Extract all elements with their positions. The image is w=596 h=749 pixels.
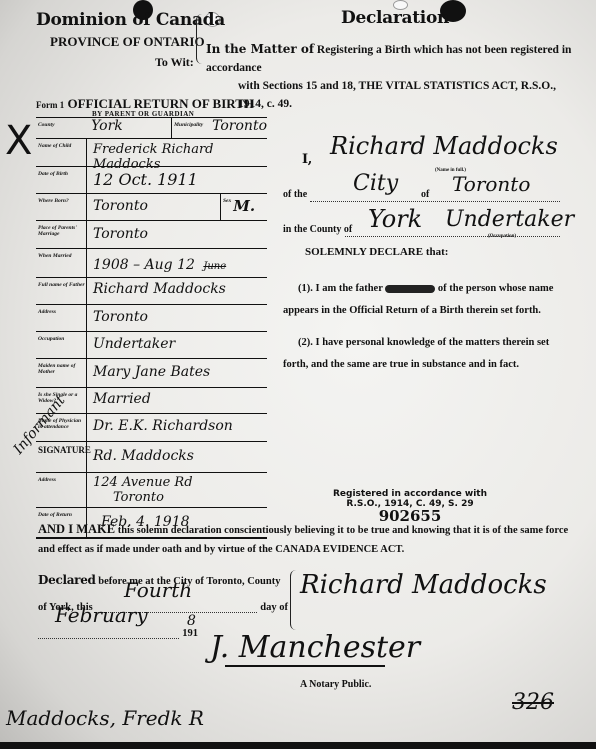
para1-b: of the person whose name [438, 283, 554, 294]
label-father-name: Full name of Father [36, 278, 86, 304]
declarant-name: Richard Maddocks [330, 132, 558, 160]
row-informant-address: Address 124 Avenue Rd Toronto [36, 472, 267, 507]
matter-line-3: 1914, c. 49. [206, 95, 591, 113]
when-married-text: 1908 – Aug 12 [93, 257, 195, 273]
year-digit: 8 [187, 613, 196, 629]
row-physician: Name of Physician in attendance Dr. E.K.… [36, 413, 267, 441]
value-date-of-birth: 12 Oct. 1911 [86, 167, 267, 193]
notary-signature: J. Manchester [210, 630, 420, 665]
label-date-of-birth: Date of Birth [36, 167, 86, 193]
make-line-2: and effect as if made under oath and by … [38, 540, 588, 559]
label-child-name: Name of Child [36, 139, 86, 166]
paragraph-1: (1). I am the father of the person whose… [283, 278, 583, 322]
declaration-title: Declaration [341, 8, 449, 28]
para1-a: (1). I am the father [298, 283, 383, 294]
dotted-line [310, 201, 560, 202]
informant-address-line-2: Toronto [93, 490, 267, 505]
value-where-born: Toronto [86, 194, 220, 220]
page-edge [0, 742, 596, 749]
of-the-label: of the [283, 189, 307, 200]
signature-flourish [225, 665, 385, 667]
check-mark-icon: X [5, 118, 32, 164]
dotted-line [345, 236, 560, 237]
solemnly-declare: SOLEMNLY DECLARE that: [305, 246, 448, 258]
para2-a: (2). I have personal knowledge of the ma… [283, 332, 583, 354]
value-when-married: 1908 – Aug 12 June [86, 249, 267, 277]
solemn-declaration-text: AND I MAKE this solemn declaration consc… [38, 520, 588, 559]
index-name: Maddocks, Fredk R [6, 706, 204, 730]
county-value: York [368, 205, 422, 233]
index-number: 326 [512, 690, 554, 715]
row-when-married: When Married 1908 – Aug 12 June [36, 248, 267, 277]
brace [290, 570, 299, 630]
row-address: Address Toronto [36, 304, 267, 331]
struck-text: June [203, 261, 226, 272]
value-county: York [85, 118, 171, 138]
matter-lead: In the Matter of [206, 42, 314, 56]
value-marital-status: Married [86, 388, 267, 413]
notary-title: A Notary Public. [300, 679, 371, 690]
brace [196, 14, 205, 64]
make-line-1: this solemn declaration conscientiously … [118, 525, 568, 536]
day-value: Fourth [124, 578, 192, 602]
value-address: Toronto [86, 305, 267, 331]
paragraph-2: (2). I have personal knowledge of the ma… [283, 332, 583, 376]
row-signature: SIGNATURE Rd. Maddocks [36, 441, 267, 472]
stamp-line-1: Registered in accordance with [320, 489, 500, 499]
label-municipality: Municipality [172, 118, 212, 138]
value-father-name: Richard Maddocks [86, 278, 267, 304]
row-date-of-birth: Date of Birth 12 Oct. 1911 [36, 166, 267, 193]
form-title-text: OFFICIAL RETURN OF BIRTH [68, 96, 255, 111]
label-informant-address: Address [36, 473, 86, 507]
row-marriage-place: Place of Parents' Marriage Toronto [36, 220, 267, 248]
value-mother-maiden: Mary Jane Bates [86, 359, 267, 387]
value-informant-address: 124 Avenue Rd Toronto [86, 473, 267, 507]
row-mother-maiden: Maiden name of Mother Mary Jane Bates [36, 358, 267, 387]
value-signature: Rd. Maddocks [86, 442, 267, 472]
county-label: in the County of [283, 224, 352, 235]
of-label: of [421, 189, 429, 200]
declared-lead: Declared [38, 573, 96, 587]
form-number: Form 1 [36, 100, 64, 110]
matter-text: In the Matter of Registering a Birth whi… [206, 40, 591, 113]
label-when-married: When Married [36, 249, 86, 277]
birth-return-table: County York Municipality Toronto Name of… [36, 117, 267, 539]
value-occupation: Undertaker [86, 332, 267, 358]
row-where-born: Where Born? Toronto Sex M. [36, 193, 267, 220]
to-wit-label: To Wit: [155, 55, 194, 70]
row-child-name: Name of Child Frederick Richard Maddocks [36, 138, 267, 166]
label-address: Address [36, 305, 86, 331]
para2-b: forth, and the same are true in substanc… [283, 354, 583, 376]
value-municipality: Toronto [212, 118, 267, 138]
label-mother-maiden: Maiden name of Mother [36, 359, 86, 387]
row-father-name: Full name of Father Richard Maddocks [36, 277, 267, 304]
matter-line-2: with Sections 15 and 18, THE VITAL STATI… [206, 77, 591, 95]
declarant-signature: Richard Maddocks [300, 570, 547, 600]
place-type: City [353, 171, 398, 196]
province-label: PROVINCE OF ONTARIO [50, 34, 205, 50]
redaction-mark [385, 285, 435, 293]
row-marital-status: Is she Single or a Widow? Married [36, 387, 267, 413]
value-child-name: Frederick Richard Maddocks [86, 139, 267, 166]
label-county: County [36, 118, 85, 138]
month-value: February [55, 603, 148, 627]
para1-c: appears in the Official Return of a Birt… [283, 300, 583, 322]
label-marriage-place: Place of Parents' Marriage [36, 221, 86, 248]
declared-line-2b: day of [260, 595, 288, 621]
value-marriage-place: Toronto [86, 221, 267, 248]
label-where-born: Where Born? [36, 194, 86, 220]
value-physician: Dr. E.K. Richardson [86, 414, 267, 441]
occupation-value: Undertaker [445, 207, 574, 232]
label-occupation: Occupation [36, 332, 86, 358]
row-occupation: Occupation Undertaker [36, 331, 267, 358]
label-sex: Sex [221, 194, 233, 220]
informant-address-line-1: 124 Avenue Rd [93, 475, 267, 490]
i-label: I, [302, 152, 312, 167]
row-county: County York Municipality Toronto [36, 117, 267, 138]
place-name: Toronto [452, 172, 530, 196]
registration-stamp: Registered in accordance with R.S.O., 19… [320, 489, 500, 524]
label-signature: SIGNATURE [36, 442, 86, 472]
make-lead: AND I MAKE [38, 522, 115, 536]
value-sex: M. [233, 194, 255, 220]
